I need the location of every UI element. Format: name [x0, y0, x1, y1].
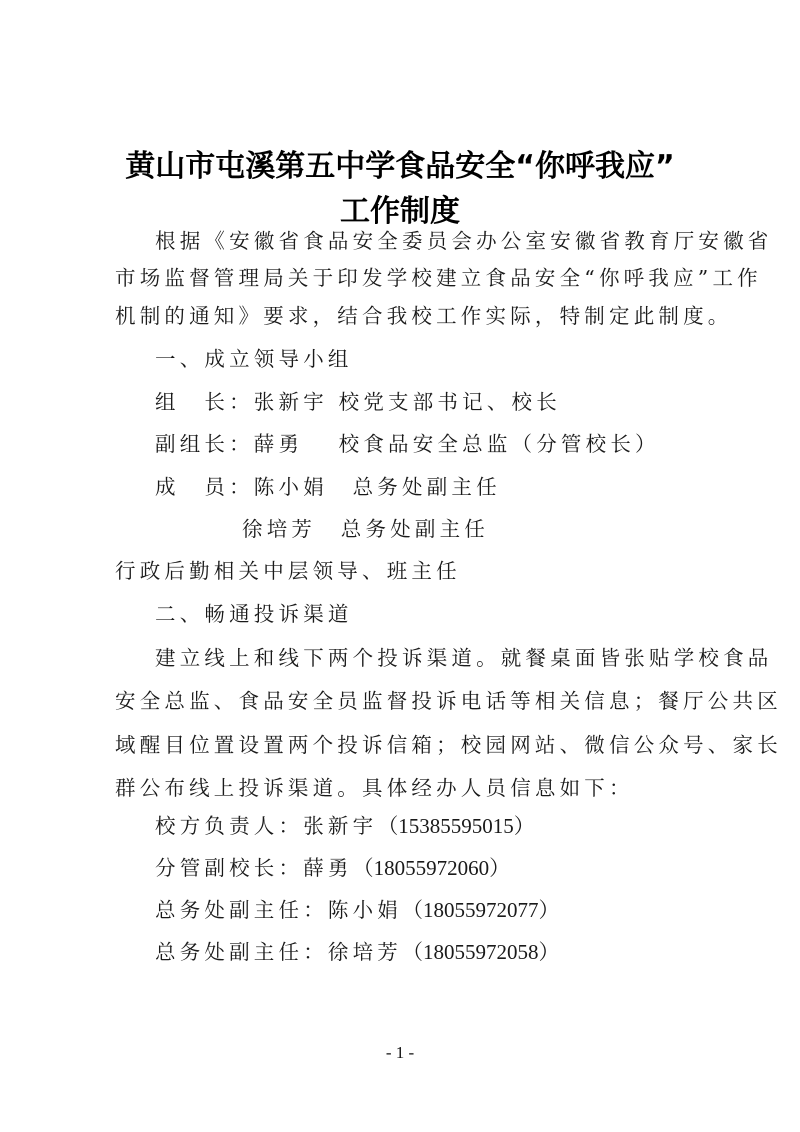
contact-line: 校方负责人：张新宇（15385595015） — [155, 814, 535, 838]
section2-paragraph-line-3: 域醒目位置设置两个投诉信箱；校园网站、微信公众号、家长 — [115, 733, 782, 757]
document-title-line-1: 黄山市屯溪第五中学食品安全“你呼我应” — [100, 141, 700, 185]
contact-role-name: 分管副校长：薛勇 — [155, 856, 353, 880]
contact-role-name: 总务处副主任：陈小娟 — [155, 898, 402, 922]
contact-role-name: 总务处副主任：徐培芳 — [155, 940, 402, 964]
document-title-line-2: 工作制度 — [100, 186, 700, 230]
contact-phone: （18055972060） — [353, 856, 511, 880]
member-line-2: 徐培芳 总务处副主任 — [242, 517, 489, 541]
leader-line: 组 长：张新宇 校党支部书记、校长 — [155, 390, 561, 414]
contact-line: 总务处副主任：徐培芳（18055972058） — [155, 940, 560, 964]
intro-line-3: 机制的通知》要求，结合我校工作实际，特制定此制度。 — [115, 304, 733, 328]
contact-role-name: 校方负责人：张新宇 — [155, 814, 377, 838]
section2-paragraph-line-1: 建立线上和线下两个投诉渠道。就餐桌面皆张贴学校食品 — [155, 646, 773, 670]
section2-paragraph-line-2: 安全总监、食品安全员监督投诉电话等相关信息；餐厅公共区 — [115, 689, 782, 713]
deputy-leader-line: 副组长：薛勇 校食品安全总监（分管校长） — [155, 432, 660, 456]
intro-line-2: 市场监督管理局关于印发学校建立食品安全“你呼我应”工作 — [115, 266, 762, 290]
member-line-1: 成 员：陈小娟 总务处副主任 — [155, 475, 501, 499]
other-members-line: 行政后勤相关中层领导、班主任 — [115, 559, 461, 583]
contact-phone: （18055972058） — [402, 940, 560, 964]
section2-heading: 二、畅通投诉渠道 — [155, 602, 353, 626]
contact-line: 分管副校长：薛勇（18055972060） — [155, 856, 510, 880]
section2-paragraph-line-4: 群公布线上投诉渠道。具体经办人员信息如下： — [115, 776, 634, 800]
contact-phone: （15385595015） — [377, 814, 535, 838]
contact-phone: （18055972077） — [402, 898, 560, 922]
intro-line-1: 根据《安徽省食品安全委员会办公室安徽省教育厅安徽省 — [155, 229, 773, 253]
document-page: 黄山市屯溪第五中学食品安全“你呼我应” 工作制度 根据《安徽省食品安全委员会办公… — [0, 0, 800, 1132]
section1-heading: 一、成立领导小组 — [155, 347, 353, 371]
contact-line: 总务处副主任：陈小娟（18055972077） — [155, 898, 560, 922]
page-number: - 1 - — [0, 1043, 800, 1063]
